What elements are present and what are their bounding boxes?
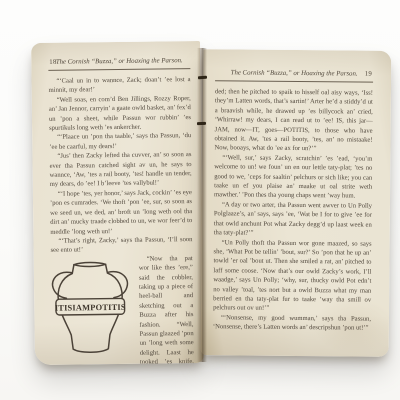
paragraph: “‘Nonsense, my good wumman,’ says tha Pa…: [213, 313, 371, 333]
left-page-number: 18: [49, 58, 57, 68]
pot-label-text: ITISIAMPOTITIS: [55, 302, 126, 313]
left-head-rule: [48, 68, 190, 71]
paragraph: “‘I hope ’tes, yer honor,’ says Jack, co…: [50, 188, 193, 237]
right-page: The Cornish “Buzza,” or Hoaxing the Pars…: [201, 49, 392, 357]
buzza-pot-sketch-illustration: ITISIAMPOTITIS: [46, 258, 135, 361]
left-running-title: The Cornish “Buzza,” or Hoaxing the Pars…: [48, 56, 190, 68]
paragraph: “A day or two arter, tha Passun went awv…: [214, 200, 372, 239]
paragraph: “Well soas, en com’d Ben Jillings, Rozzy…: [49, 94, 191, 133]
left-page: 18 The Cornish “Buzza,” or Hoaxing the P…: [31, 41, 204, 365]
photo-of-open-book: { "photo": { "background_color": "#fbfbf…: [0, 0, 400, 400]
binding-stitch-bottom: [197, 122, 206, 125]
binding-stitch-top: [198, 76, 207, 80]
right-body-text: ded; then he pitched to spaik to hisself…: [213, 87, 373, 333]
paragraph: “‘Caal un in to wannce, Zack; doan’t ’ee…: [48, 75, 190, 96]
left-body-text: “‘Caal un in to wannce, Zack; doan’t ’ee…: [48, 75, 194, 365]
paragraph: “‘Plaace un ’pon tha taable,’ says tha P…: [49, 132, 191, 153]
right-page-content: The Cornish “Buzza,” or Hoaxing the Pars…: [201, 49, 392, 357]
left-running-head: 18 The Cornish “Buzza,” or Hoaxing the P…: [48, 56, 190, 68]
paragraph-with-illustration: ITISIAMPOTITIS “Now tha pat wor like the…: [51, 254, 195, 365]
buzza-pot-sketch: ITISIAMPOTITIS: [46, 258, 135, 361]
paragraph: “Un Polly thoft tha Passun wor gone maaz…: [213, 238, 372, 315]
left-page-content: 18 The Cornish “Buzza,” or Hoaxing the P…: [31, 41, 204, 365]
paragraph: “Jus’ then Zacky lefted tha cuvver, an’ …: [49, 150, 191, 189]
paragraph: “‘That’s right, Zacky,’ says tha Passun,…: [50, 235, 192, 256]
right-head-rule: [215, 80, 373, 82]
right-running-head: The Cornish “Buzza,” or Hoaxing the Pars…: [215, 68, 373, 79]
paragraph: “‘Well, sur,’ says Zacky, scratchin’ ’es…: [214, 153, 372, 201]
paragraph-continuation: ded; then he pitched to spaik to hisself…: [214, 87, 373, 154]
right-page-number: 19: [365, 70, 372, 80]
open-book: 18 The Cornish “Buzza,” or Hoaxing the P…: [33, 40, 391, 372]
right-running-title: The Cornish “Buzza,” or Hoaxing the Pars…: [215, 68, 373, 79]
